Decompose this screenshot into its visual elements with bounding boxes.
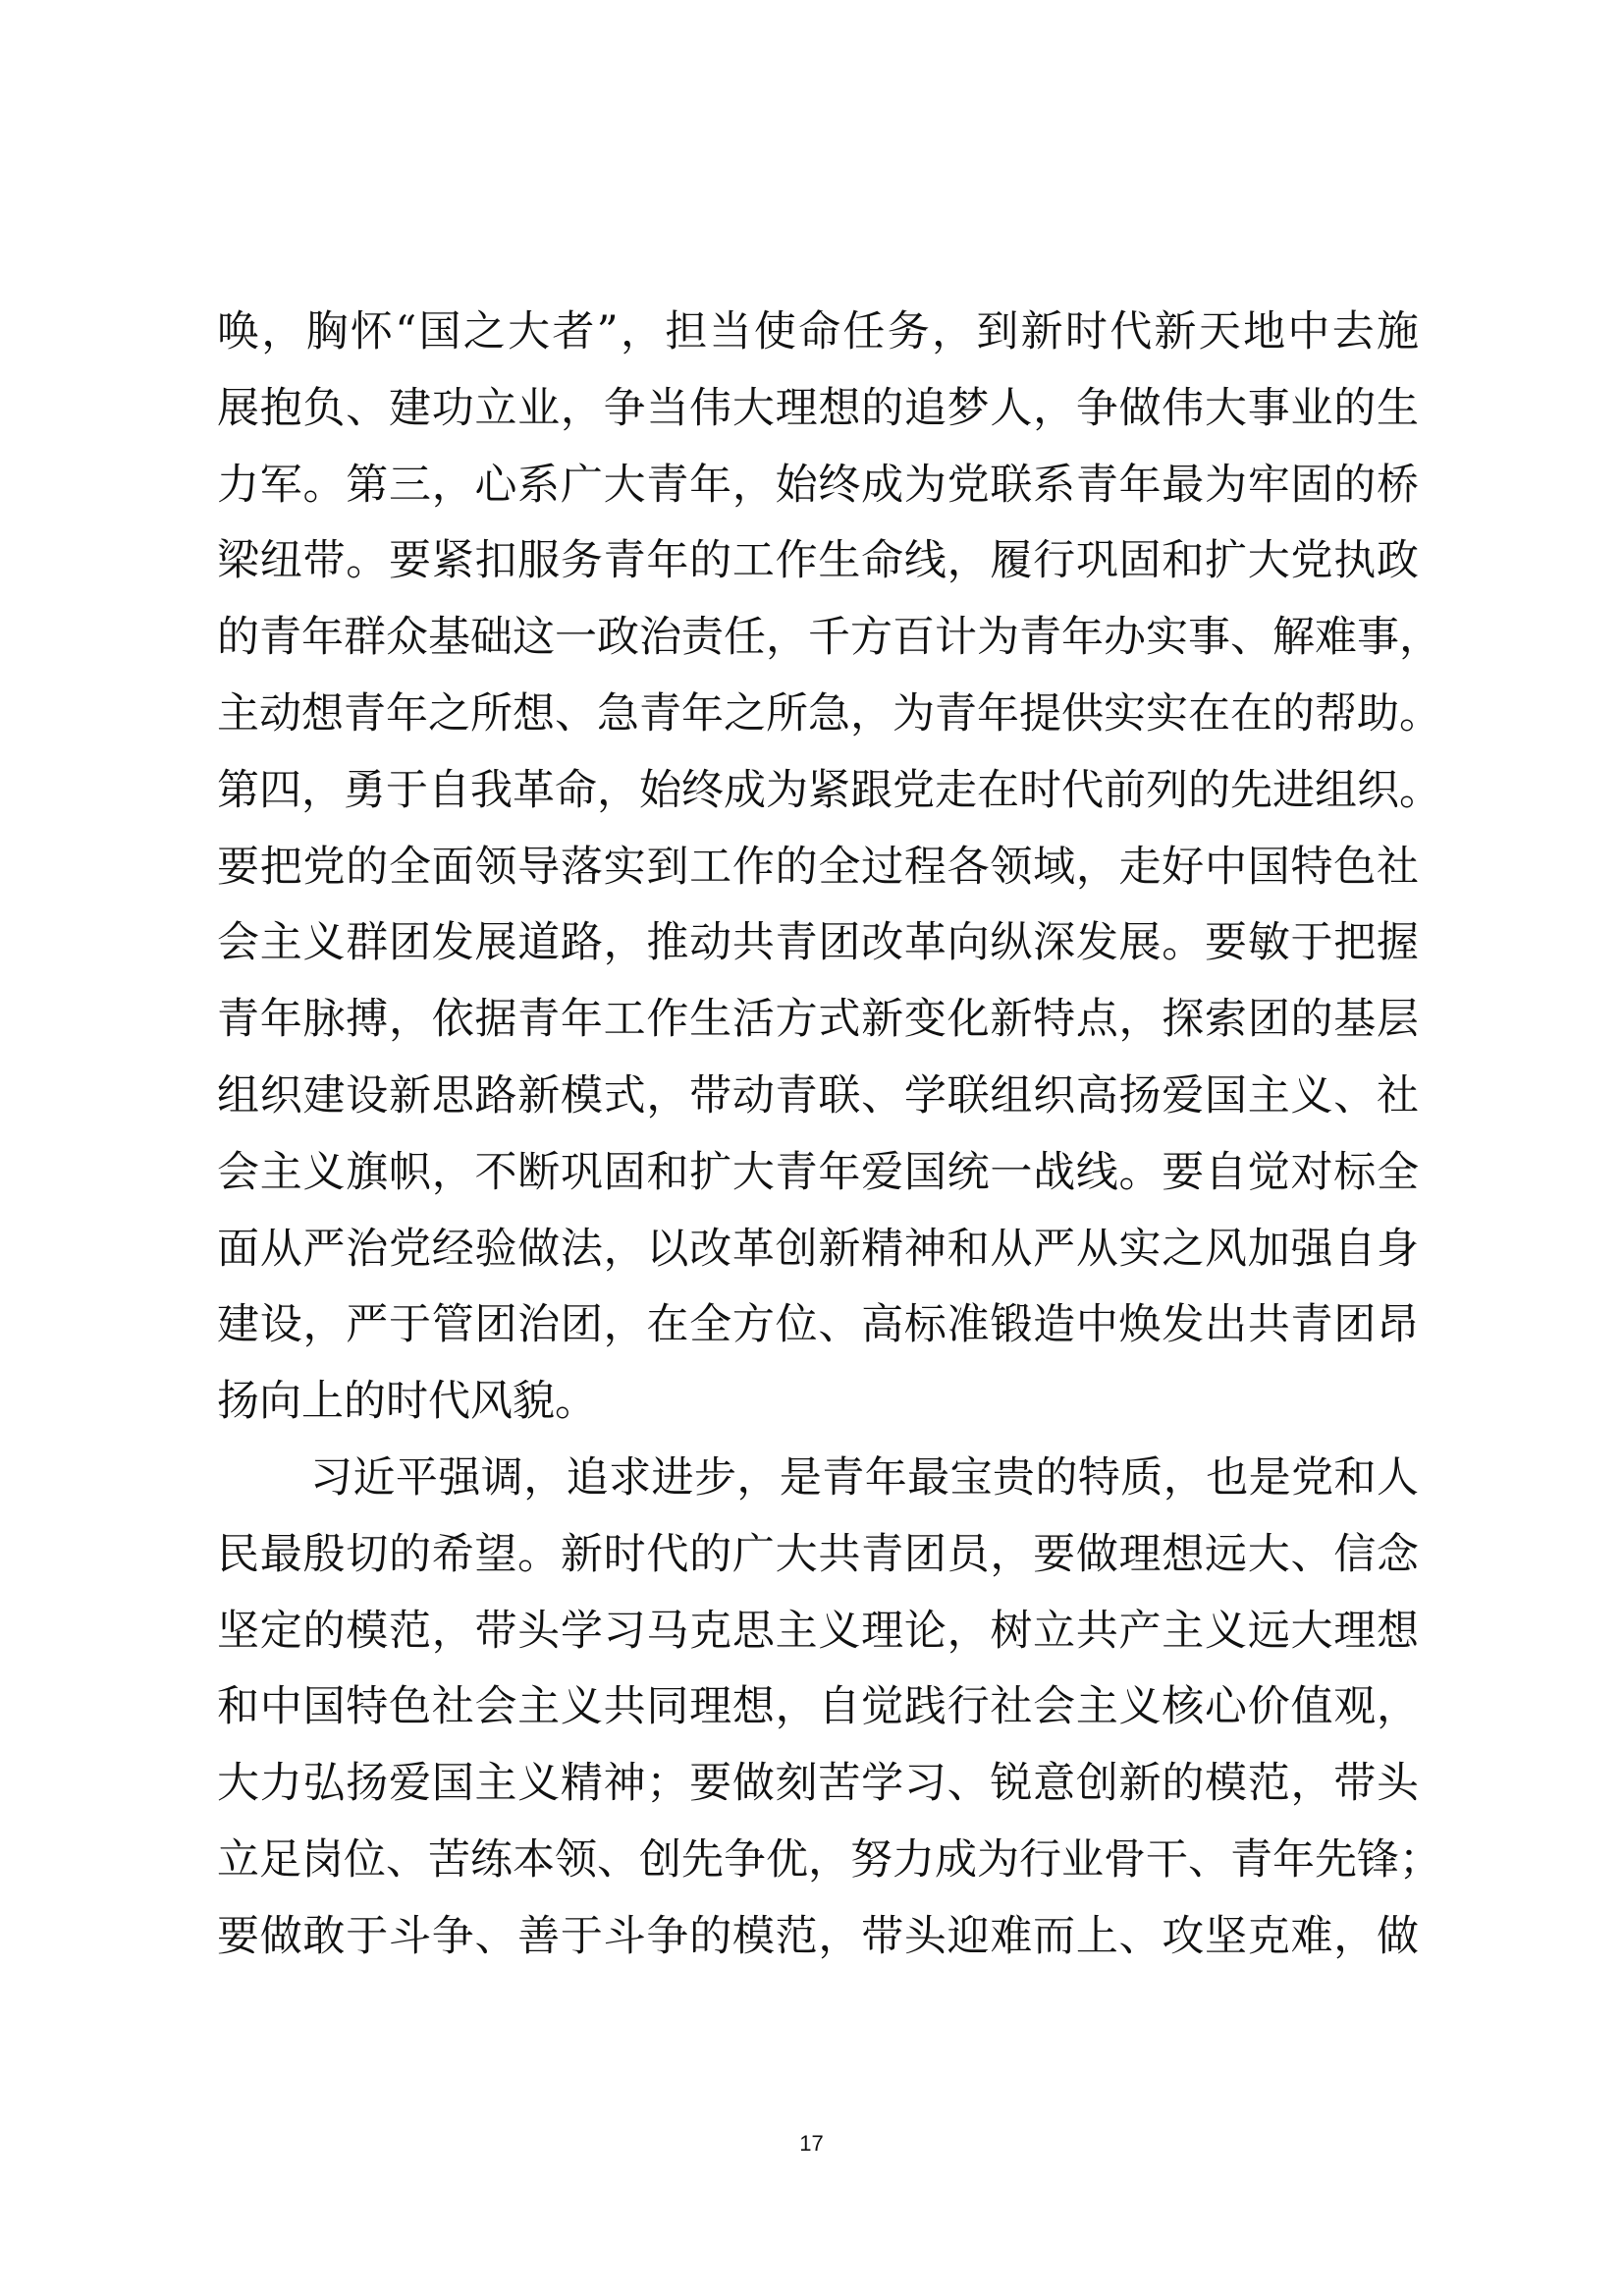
text-line-paragraph-end: 扬向上的时代风貌。 xyxy=(217,1370,1419,1447)
text-line: 会主义旗帜，不断巩固和扩大青年爱国统一战线。要自觉对标全 xyxy=(217,1141,1419,1218)
text-line: 青年脉搏，依据青年工作生活方式新变化新特点，探索团的基层 xyxy=(217,988,1419,1065)
text-line: 要做敢于斗争、善于斗争的模范，带头迎难而上、攻坚克难，做 xyxy=(217,1905,1419,1982)
text-line: 梁纽带。要紧扣服务青年的工作生命线，履行巩固和扩大党执政 xyxy=(217,529,1419,606)
text-line: 和中国特色社会主义共同理想，自觉践行社会主义核心价值观， xyxy=(217,1675,1419,1752)
text-line: 坚定的模范，带头学习马克思主义理论，树立共产主义远大理想 xyxy=(217,1600,1419,1676)
text-line: 建设，严于管团治团，在全方位、高标准锻造中焕发出共青团昂 xyxy=(217,1293,1419,1370)
text-line: 的青年群众基础这一政治责任，千方百计为青年办实事、解难事， xyxy=(217,606,1419,683)
text-line: 主动想青年之所想、急青年之所急，为青年提供实实在在的帮助。 xyxy=(217,683,1419,759)
text-line: 展抱负、建功立业，争当伟大理想的追梦人，争做伟大事业的生 xyxy=(217,377,1419,454)
body-text: 唤，胸怀“国之大者”，担当使命任务，到新时代新天地中去施 展抱负、建功立业，争当… xyxy=(217,301,1419,1982)
text-line: 组织建设新思路新模式，带动青联、学联组织高扬爱国主义、社 xyxy=(217,1065,1419,1141)
text-line: 要把党的全面领导落实到工作的全过程各领域，走好中国特色社 xyxy=(217,836,1419,912)
text-line: 大力弘扬爱国主义精神；要做刻苦学习、锐意创新的模范，带头 xyxy=(217,1752,1419,1829)
text-line: 第四，勇于自我革命，始终成为紧跟党走在时代前列的先进组织。 xyxy=(217,759,1419,836)
paragraph: 习近平强调，追求进步，是青年最宝贵的特质，也是党和人 民最殷切的希望。新时代的广… xyxy=(217,1447,1419,1982)
text-line: 立足岗位、苦练本领、创先争优，努力成为行业骨干、青年先锋； xyxy=(217,1829,1419,1905)
text-line: 力军。第三，心系广大青年，始终成为党联系青年最为牢固的桥 xyxy=(217,454,1419,530)
text-line: 唤，胸怀“国之大者”，担当使命任务，到新时代新天地中去施 xyxy=(217,301,1419,377)
document-page: 唤，胸怀“国之大者”，担当使命任务，到新时代新天地中去施 展抱负、建功立业，争当… xyxy=(0,0,1623,2296)
text-line-indented: 习近平强调，追求进步，是青年最宝贵的特质，也是党和人 xyxy=(217,1447,1419,1523)
text-line: 会主义群团发展道路，推动共青团改革向纵深发展。要敏于把握 xyxy=(217,911,1419,988)
text-line: 面从严治党经验做法，以改革创新精神和从严从实之风加强自身 xyxy=(217,1218,1419,1294)
text-line: 民最殷切的希望。新时代的广大共青团员，要做理想远大、信念 xyxy=(217,1523,1419,1600)
page-number: 17 xyxy=(0,2131,1623,2157)
paragraph-continuation: 唤，胸怀“国之大者”，担当使命任务，到新时代新天地中去施 展抱负、建功立业，争当… xyxy=(217,301,1419,1447)
